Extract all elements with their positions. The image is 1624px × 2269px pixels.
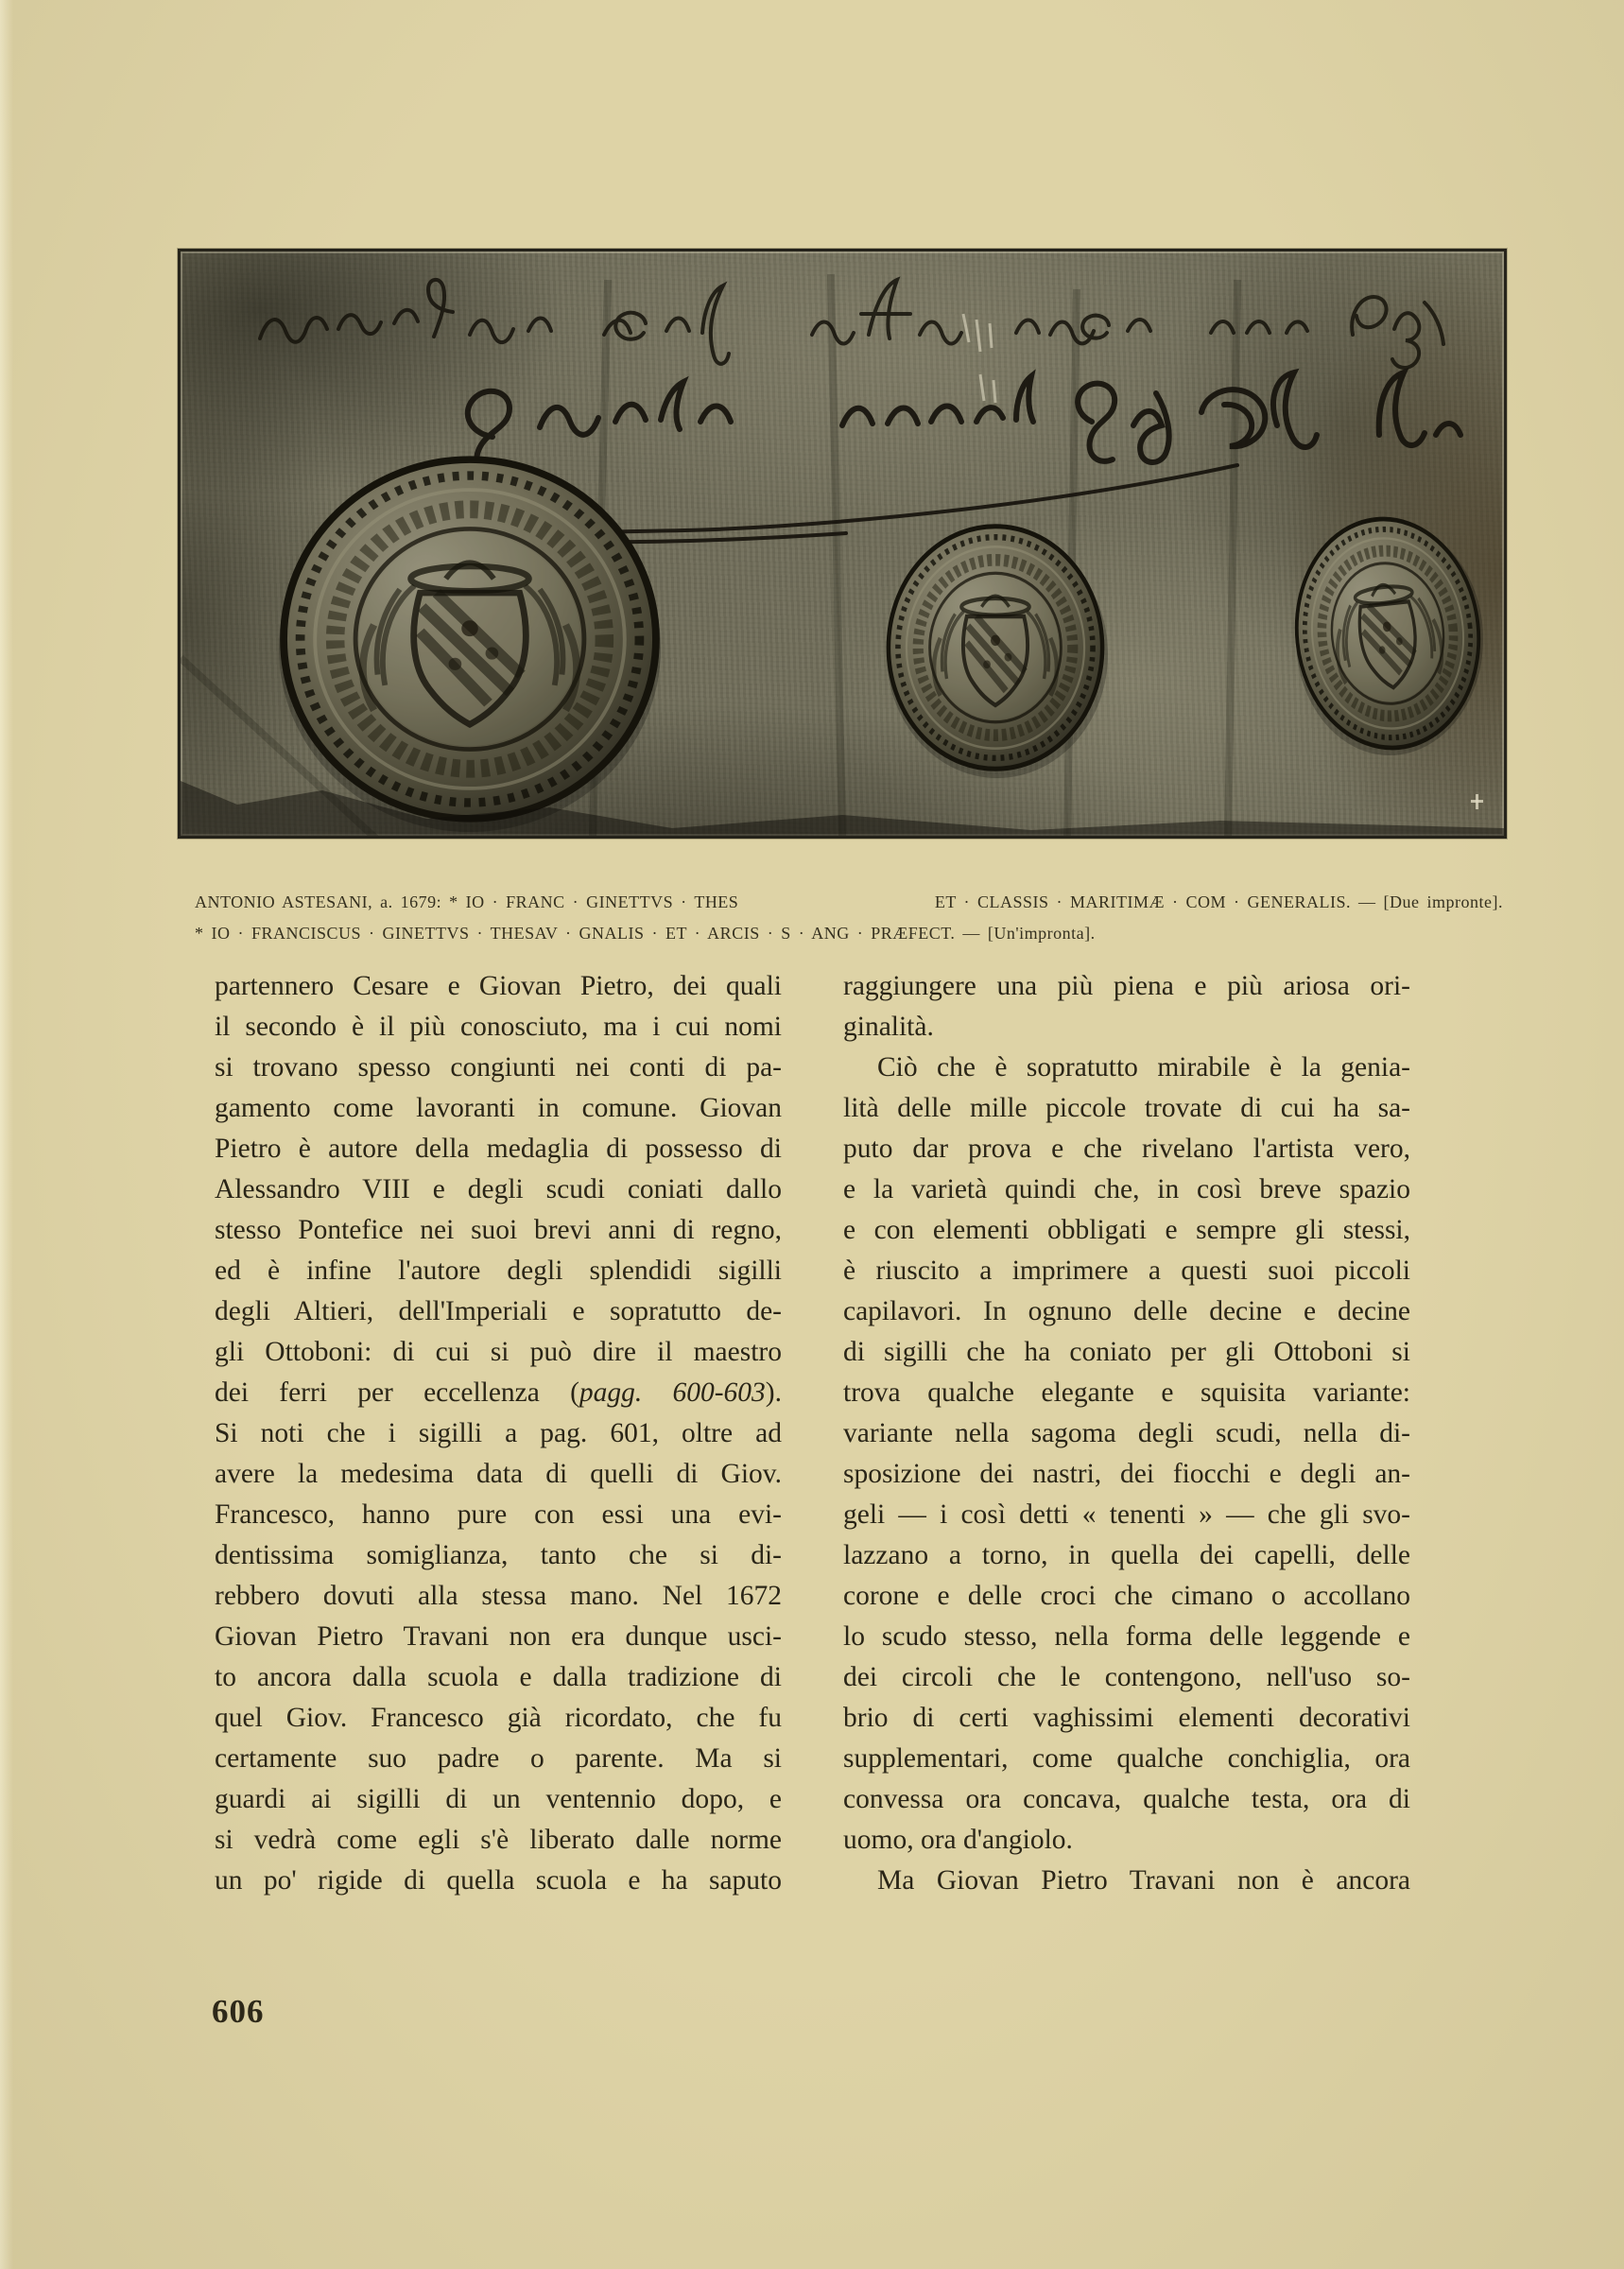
signature-ink [468, 372, 1460, 542]
text-line: Pietro è autore della medaglia di posses… [215, 1129, 782, 1169]
text-line: dentissima somiglianza, tanto che si di- [215, 1535, 782, 1576]
text-line: un po' rigide di quella scuola e ha sapu… [215, 1861, 782, 1901]
text-line: dei circoli che le contengono, nell'uso … [843, 1657, 1410, 1698]
text-line: Francesco, hanno pure con essi una evi- [215, 1495, 782, 1535]
text-line: stesso Pontefice nei suoi brevi anni di … [215, 1210, 782, 1251]
text-line: di sigilli che ha coniato per gli Ottobo… [843, 1332, 1410, 1373]
text-line: Ciò che è sopratutto mirabile è la genia… [843, 1048, 1410, 1088]
text-line: è riuscito a imprimere a questi suoi pic… [843, 1251, 1410, 1291]
handwriting-ink [260, 280, 1443, 368]
body-column-right: raggiungere una più piena e più ariosa o… [843, 966, 1410, 1901]
text-line: ginalità. [843, 1007, 1410, 1048]
text-line: dei ferri per eccellenza (pagg. 600-603)… [215, 1373, 782, 1413]
text-line: e la varietà quindi che, in così breve s… [843, 1169, 1410, 1210]
text-line: guardi ai sigilli di un ventennio dopo, … [215, 1779, 782, 1820]
text-line: Ma Giovan Pietro Travani non è ancora [843, 1861, 1410, 1901]
text-line: supplementari, come qualche conchiglia, … [843, 1739, 1410, 1779]
text-line: brio di certi vaghissimi elementi decora… [843, 1698, 1410, 1739]
text-line: raggiungere una più piena e più ariosa o… [843, 966, 1410, 1007]
text-line: il secondo è il più conosciuto, ma i cui… [215, 1007, 782, 1048]
caption-line-1-left: ANTONIO ASTESANI, a. 1679: * IO · FRANC … [195, 887, 738, 918]
text-line: uomo, ora d'angiolo. [843, 1820, 1410, 1861]
text-line: si trovano spesso congiunti nei conti di… [215, 1048, 782, 1088]
text-line: Giovan Pietro Travani non era dunque usc… [215, 1617, 782, 1657]
figure-caption: ANTONIO ASTESANI, a. 1679: * IO · FRANC … [195, 887, 1503, 949]
caption-line-1: ANTONIO ASTESANI, a. 1679: * IO · FRANC … [195, 887, 1503, 918]
caption-line-2: * IO · FRANCISCUS · GINETTVS · THESAV · … [195, 918, 1503, 949]
scan-edge-highlight [0, 0, 13, 2269]
book-page: { "page": { "number": "606" }, "figure":… [0, 0, 1624, 2269]
text-line: Si noti che i sigilli a pag. 601, oltre … [215, 1413, 782, 1454]
text-line: lità delle mille piccole trovate di cui … [843, 1088, 1410, 1129]
text-line: lazzano a torno, in quella dei capelli, … [843, 1535, 1410, 1576]
text-line: convessa ora concava, qualche testa, ora… [843, 1779, 1410, 1820]
seal-large-ginetti [284, 459, 656, 819]
body-column-left: partennero Cesare e Giovan Pietro, dei q… [215, 966, 782, 1901]
seal-middle-ginetti [889, 527, 1102, 770]
text-line: to ancora dalla scuola e dalla tradizion… [215, 1657, 782, 1698]
text-line: corone e delle croci che cimano o accoll… [843, 1576, 1410, 1617]
text-line: ed è infine l'autore degli splendidi sig… [215, 1251, 782, 1291]
text-line: avere la medesima data di quelli di Giov… [215, 1454, 782, 1495]
text-line: puto dar prova e che rivelano l'artista … [843, 1129, 1410, 1169]
text-line: Alessandro VIII e degli scudi coniati da… [215, 1169, 782, 1210]
text-line: rebbero dovuti alla stessa mano. Nel 167… [215, 1576, 782, 1617]
page-number: 606 [212, 1993, 265, 2031]
text-line: geli — i così detti « tenenti » — che gl… [843, 1495, 1410, 1535]
text-line: capilavori. In ognuno delle decine e dec… [843, 1291, 1410, 1332]
text-line: quel Giov. Francesco già ricordato, che … [215, 1698, 782, 1739]
paper-abrasions [963, 314, 995, 403]
photograph-overlay [181, 251, 1504, 836]
text-line: sposizione dei nastri, dei fiocchi e deg… [843, 1454, 1410, 1495]
printer-mark [1471, 794, 1483, 809]
text-line: trova qualche elegante e squisita varian… [843, 1373, 1410, 1413]
caption-line-1-right: ET · CLASSIS · MARITIMÆ · COM · GENERALI… [935, 887, 1503, 918]
text-line: si vedrà come egli s'è liberato dalle no… [215, 1820, 782, 1861]
text-line: gamento come lavoranti in comune. Giovan [215, 1088, 782, 1129]
text-line: variante nella sagoma degli scudi, nella… [843, 1413, 1410, 1454]
text-line: partennero Cesare e Giovan Pietro, dei q… [215, 966, 782, 1007]
seal-right-ginetti [1286, 510, 1490, 756]
text-line: degli Altieri, dell'Imperiali e sopratut… [215, 1291, 782, 1332]
text-line: lo scudo stesso, nella forma delle legge… [843, 1617, 1410, 1657]
figure-photograph [178, 249, 1507, 839]
text-line: certamente suo padre o parente. Ma si [215, 1739, 782, 1779]
text-line: gli Ottoboni: di cui si può dire il maes… [215, 1332, 782, 1373]
text-line: e con elementi obbligati e sempre gli st… [843, 1210, 1410, 1251]
